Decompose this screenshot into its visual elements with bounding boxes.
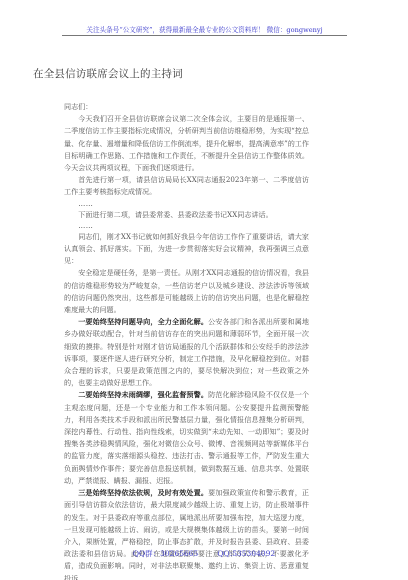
qq-number[interactable]: 535304092 <box>232 549 275 558</box>
qq-label: QQ: <box>217 549 232 558</box>
point-one-text: 公安各部门和各派出所要和属地乡办做好联动配合，针对当前信访存在的突出问题和薄弱环… <box>64 317 309 387</box>
paragraph-situation: 安全稳定是硬任务，是第一责任。从刚才XX同志通报的信访情况看，我县的信访维稳形势… <box>64 267 309 316</box>
point-one-heading: 一要始终坚持问题导向，全力全面化解。 <box>78 317 208 326</box>
qq-group-number[interactable]: 30265665 <box>160 549 198 558</box>
qq-group-label: QQ群： <box>133 549 160 558</box>
header-banner[interactable]: 关注头条号“公文研究”，获得最新最全最专业的公文资料库！ 微信：gongweny… <box>62 26 347 35</box>
paragraph-point-three: 三是始终坚持依法依规，及时有效处置。要加强政策宣传和警示教育，正面引导信访群众依… <box>64 487 309 580</box>
document-title: 在全县信访联席会议上的主持词 <box>33 66 183 81</box>
point-three-text: 要加强政策宣传和警示教育，正面引导信访群众依法信访，最大限度减少越级上访、重复上… <box>64 488 309 580</box>
ellipsis-1: …… <box>64 199 309 209</box>
point-two-text: 防范化解涉稳风险不仅仅是一个主观态度问题，还是一个专业能力和工作本领问题。公安要… <box>64 390 309 484</box>
paragraph-point-two: 二要始终坚持未雨绸缪，强化监督预警。防范化解涉稳风险不仅仅是一个主观态度问题，还… <box>64 389 309 487</box>
footer-spacer <box>198 549 217 558</box>
paragraph-point-one: 一要始终坚持问题导向，全力全面化解。公安各部门和各派出所要和属地乡办做好联动配合… <box>64 316 309 389</box>
ellipsis-2: …… <box>64 221 309 231</box>
paragraph-item-one: 首先进行第一项，请县信访局局长XX同志通报2023年第一、二季度信访工作主要考核… <box>64 174 309 198</box>
paragraph-intro: 今天我们召开全县信访联席会议第二次全体会议，主要目的是通报第一、二季度信访工作主… <box>64 113 309 174</box>
document-body: 同志们： 今天我们召开全县信访联席会议第二次全体会议，主要目的是通报第一、二季度… <box>64 101 309 580</box>
paragraph-item-two: 下面进行第二项，请县委常委、县委政法委书记XX同志讲话。 <box>64 209 309 221</box>
point-three-heading: 三是始终坚持依法依规，及时有效处置。 <box>78 488 208 497</box>
salutation: 同志们： <box>64 101 309 113</box>
paragraph-emphasis: 同志们，刚才XX书记就如何抓好我县今年信访工作作了重要讲话，请大家认真领会、抓好… <box>64 231 309 268</box>
footer-contact: QQ群：30265665 QQ:535304092 <box>0 548 408 559</box>
point-two-heading: 二要始终坚持未雨绸缪，强化监督预警。 <box>78 390 208 399</box>
header-divider <box>62 35 347 36</box>
